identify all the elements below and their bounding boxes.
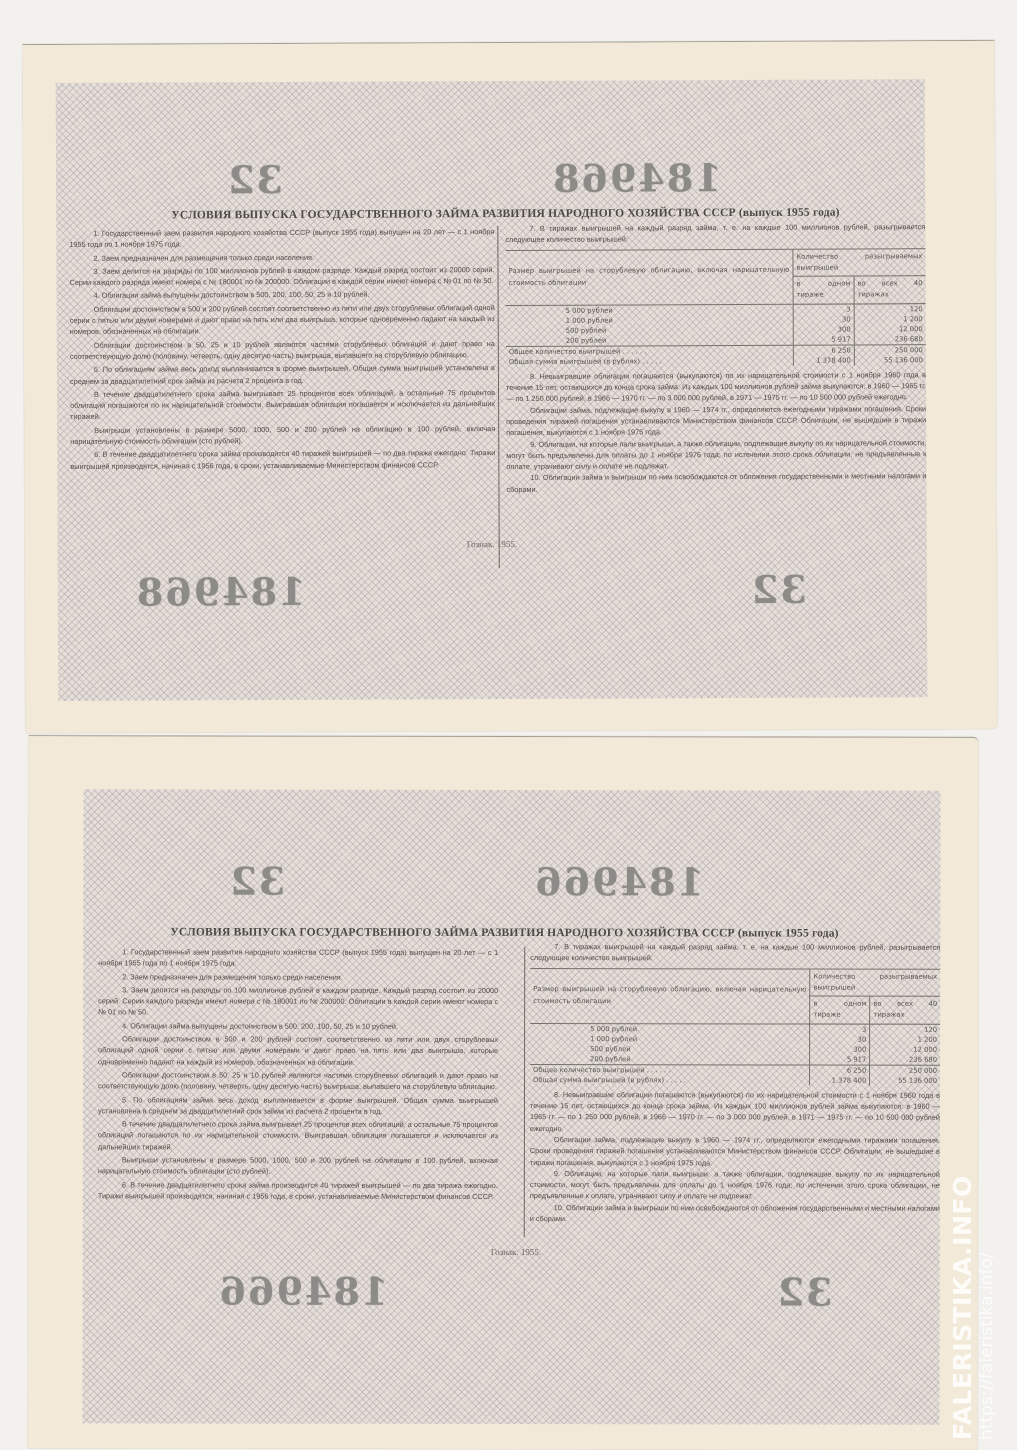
all-draws-count: 12 000 (854, 324, 926, 334)
all-draws-count: 1 200 (870, 1034, 940, 1044)
document-title: УСЛОВИЯ ВЫПУСКА ГОСУДАРСТВЕННОГО ЗАЙМА Р… (170, 926, 838, 939)
one-draw-count: 5 917 (793, 334, 854, 345)
all-draws-count: 12 000 (870, 1044, 940, 1054)
one-draw-count: 30 (810, 1034, 870, 1044)
all-draws-count: 55 136 000 (854, 355, 926, 365)
serial-number-lower: 184968 (135, 569, 306, 615)
all-draws-count: 120 (870, 1024, 940, 1034)
prize-label: Общая сумма выигрышей (в рублях) . . . .… (506, 356, 793, 367)
clause: Облигации займа, подлежащие выкупу в 196… (506, 403, 926, 439)
serial-number-upper: 184968 (551, 155, 722, 201)
prize-table: Размер выигрышей на сторублевую облигаци… (505, 248, 926, 367)
clause: Облигации достоинством в 50, 25 и 10 руб… (98, 1069, 498, 1092)
prize-count-header: Количество разыгрываемых выигрышей (810, 969, 940, 997)
all-draws-count: 250 000 (870, 1065, 940, 1076)
site-watermark: FALERISTIKA.INFO https://faleristika.inf… (948, 1175, 997, 1440)
series-number-upper: 32 (228, 859, 285, 904)
prize-rows: 5 000 рублей31201 000 рублей301 200500 р… (506, 303, 926, 366)
all-draws-count: 55 136 000 (870, 1075, 940, 1085)
one-draw-count: 3 (810, 1024, 870, 1034)
prize-rows: 5 000 рублей31201 000 рублей301 200500 р… (530, 1023, 940, 1085)
prize-label: Общее количество выигрышей . . . . . . (530, 1064, 810, 1075)
conditions-right-column: 7. В тиражах выигрышей на каждый разряд … (505, 221, 926, 495)
clause: 6. В течение двадцатилетнего срока займа… (98, 1179, 498, 1202)
all-draws-count: 250 000 (854, 344, 926, 355)
prize-label: 500 рублей (530, 1044, 810, 1054)
goznak-imprint: Гознак. 1955. (491, 1247, 541, 1257)
one-draw-count: 30 (793, 314, 854, 324)
prize-row: 1 000 рублей301 200 (530, 1034, 940, 1045)
watermark-brand: FALERISTIKA.INFO (948, 1175, 977, 1440)
series-number-lower: 32 (750, 567, 807, 612)
bond-sheet-top: 32 184968 УСЛОВИЯ ВЫПУСКА ГОСУДАРСТВЕННО… (23, 40, 998, 733)
all-draws-count: 236 680 (854, 334, 926, 345)
clause: 8. Невыигравшие облигации погашаются (вы… (530, 1089, 940, 1135)
clause: Облигации достоинством в 500 и 200 рубле… (98, 1033, 498, 1068)
clause: Выигрыши установлены в размере 5000, 100… (98, 1154, 498, 1177)
clause: 9. Облигации, на которые пали выигрыши, … (506, 437, 926, 473)
one-draw-count: 1 378 400 (810, 1075, 870, 1085)
series-number-lower: 32 (776, 1269, 833, 1314)
bond-sheet-bottom: 32 184966 УСЛОВИЯ ВЫПУСКА ГОСУДАРСТВЕННО… (27, 735, 978, 1450)
all-draws-count: 120 (854, 304, 926, 314)
one-draw-count: 3 (793, 304, 854, 314)
serial-number-lower: 184966 (218, 1269, 389, 1314)
clause: 3. Заем делится на разряды по 100 миллио… (69, 264, 494, 288)
clause: 2. Заем предназначен для размещения толь… (69, 251, 494, 264)
clause: 6. В течение двадцатилетнего срока займа… (70, 447, 495, 471)
one-draw-count: 6 250 (810, 1065, 870, 1076)
clause: 5. По облигациям займа весь доход выплач… (70, 362, 495, 386)
prize-size-header: Размер выигрышей на сторублевую облигаци… (530, 968, 810, 1024)
one-draw-count: 300 (793, 324, 854, 334)
goznak-imprint: Гознак. 1955. (467, 539, 517, 549)
conditions-left-column: 1. Государственный заем развития народно… (69, 226, 495, 472)
one-draw-header: в одном тираже (810, 996, 870, 1024)
clause: 7. В тиражах выигрышей на каждый разряд … (505, 221, 925, 245)
prize-label: 1 000 рублей (530, 1034, 810, 1044)
clause: 3. Заем делится на разряды по 100 миллио… (98, 984, 498, 1019)
clause: 10. Облигации займа и выигрыши по ним ос… (530, 1202, 940, 1225)
clause: Облигации достоинством в 50, 25 и 10 руб… (70, 338, 495, 362)
clause: 1. Государственный заем развития народно… (69, 226, 494, 250)
totals-row: Общее количество выигрышей . . . . . .6 … (530, 1064, 940, 1075)
clause: 1. Государственный заем развития народно… (98, 946, 498, 969)
one-draw-count: 1 378 400 (793, 355, 854, 365)
prize-table: Размер выигрышей на сторублевую облигаци… (530, 968, 940, 1086)
clause: 4. Облигации займа выпущены достоинством… (98, 1020, 498, 1032)
all-draws-header: во всех 40 тиражах (870, 996, 940, 1024)
prize-count-header: Количество разыгрываемых выигрышей (793, 248, 926, 276)
prize-row: 500 рублей30012 000 (530, 1044, 940, 1055)
conditions-left-column: 1. Государственный заем развития народно… (98, 946, 498, 1202)
clause: В течение двадцатилетнего срока займа вы… (98, 1118, 498, 1153)
prize-row: 200 рублей5 917236 680 (530, 1054, 940, 1065)
totals-row: Общая сумма выигрышей (в рублях) . . . .… (530, 1075, 940, 1086)
series-number-upper: 32 (226, 157, 283, 202)
clause: 5. По облигациям займа весь доход выплач… (98, 1094, 498, 1117)
clause: Облигации займа, подлежащие выкупу в 196… (530, 1134, 940, 1169)
one-draw-count: 300 (810, 1044, 870, 1054)
prize-label: 200 рублей (530, 1054, 810, 1065)
all-draws-header: во всех 40 тиражах (854, 276, 926, 304)
prize-size-header: Размер выигрышей на сторублевую облигаци… (505, 249, 793, 305)
one-draw-count: 6 250 (793, 345, 854, 356)
prize-label: 5 000 рублей (530, 1024, 810, 1034)
prize-label: Общая сумма выигрышей (в рублях) . . . .… (530, 1075, 810, 1085)
totals-row: Общая сумма выигрышей (в рублях) . . . .… (506, 355, 926, 367)
serial-number-upper: 184966 (533, 859, 704, 904)
clause: 2. Заем предназначен для размещения толь… (98, 971, 498, 983)
one-draw-header: в одном тираже (793, 276, 854, 304)
one-draw-count: 5 917 (810, 1054, 870, 1065)
all-draws-count: 236 680 (870, 1054, 940, 1065)
clause: Выигрыши установлены в размере 5000, 100… (70, 423, 495, 447)
all-draws-count: 1 200 (854, 314, 926, 324)
clause: 9. Облигации, на которые пали выигрыши, … (530, 1168, 940, 1203)
clause: 4. Облигации займа выпущены достоинством… (70, 289, 495, 302)
clause: 7. В тиражах выигрышей на каждый разряд … (530, 941, 940, 964)
watermark-url: https://faleristika.info/ (977, 1175, 997, 1440)
prize-row: 5 000 рублей3120 (530, 1024, 940, 1035)
clause: 10. Облигации займа и выигрыши по ним ос… (506, 471, 926, 495)
conditions-right-column: 7. В тиражах выигрышей на каждый разряд … (530, 941, 940, 1225)
clause: В течение двадцатилетнего срока займа вы… (70, 387, 495, 423)
clause: Облигации достоинством в 500 и 200 рубле… (70, 302, 495, 338)
clause: 8. Невыигравшие облигации погашаются (вы… (506, 369, 926, 405)
